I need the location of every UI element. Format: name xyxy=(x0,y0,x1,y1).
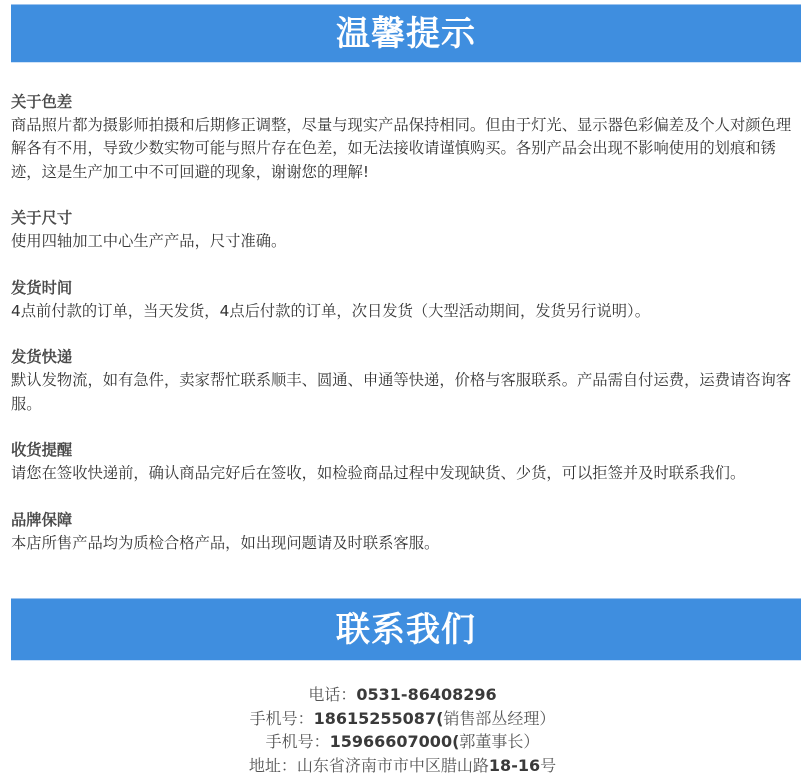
contact-address: 地址：山东省济南市市中区腊山路18-16号 xyxy=(0,754,805,778)
section-body: 请您在签收快递前，确认商品完好后在签收，如检验商品过程中发现缺货、少货，可以拒签… xyxy=(11,462,803,485)
section-body: 使用四轴加工中心生产产品，尺寸准确。 xyxy=(11,230,803,253)
contact-person: 销售部丛经理） xyxy=(443,709,555,728)
section-title: 关于尺寸 xyxy=(11,207,803,230)
contact-banner: 联系我们 xyxy=(11,598,801,661)
contact-label: 电话： xyxy=(308,685,356,704)
section-title: 收货提醒 xyxy=(11,439,803,462)
section-size: 关于尺寸 使用四轴加工中心生产产品，尺寸准确。 xyxy=(11,207,803,253)
tips-banner-title: 温馨提示 xyxy=(336,17,476,51)
address-number: 18-16 xyxy=(489,756,540,775)
mobile-number: 15966607000( xyxy=(330,732,460,751)
section-receipt-reminder: 收货提醒 请您在签收快递前，确认商品完好后在签收，如检验商品过程中发现缺货、少货… xyxy=(11,439,803,485)
section-color-difference: 关于色差 商品照片都为摄影师拍摄和后期修正调整，尽量与现实产品保持相同。但由于灯… xyxy=(11,91,803,184)
phone-number: 0531-86408296 xyxy=(356,685,496,704)
contact-banner-title: 联系我们 xyxy=(336,613,476,647)
tips-content: 关于色差 商品照片都为摄影师拍摄和后期修正调整，尽量与现实产品保持相同。但由于灯… xyxy=(11,91,803,578)
address-street: 山东省济南市市中区腊山路 xyxy=(297,756,489,775)
section-title: 发货时间 xyxy=(11,277,803,300)
section-body: 默认发物流，如有急件，卖家帮忙联系顺丰、圆通、申通等快递，价格与客服联系。产品需… xyxy=(11,369,803,415)
section-courier: 发货快递 默认发物流，如有急件，卖家帮忙联系顺丰、圆通、申通等快递，价格与客服联… xyxy=(11,346,803,416)
section-title: 品牌保障 xyxy=(11,509,803,532)
address-suffix: 号 xyxy=(540,756,556,775)
contact-mobile-sales: 手机号：18615255087(销售部丛经理） xyxy=(0,707,805,731)
contact-label: 手机号： xyxy=(266,732,330,751)
section-title: 关于色差 xyxy=(11,91,803,114)
section-body: 4点前付款的订单，当天发货，4点后付款的订单，次日发货（大型活动期间，发货另行说… xyxy=(11,300,803,323)
contact-person: 郭董事长） xyxy=(459,732,539,751)
section-shipping-time: 发货时间 4点前付款的订单，当天发货，4点后付款的订单，次日发货（大型活动期间，… xyxy=(11,277,803,323)
section-brand-guarantee: 品牌保障 本店所售产品均为质检合格产品，如出现问题请及时联系客服。 xyxy=(11,509,803,555)
contact-mobile-chairman: 手机号：15966607000(郭董事长） xyxy=(0,730,805,754)
contact-info: 电话：0531-86408296 手机号：18615255087(销售部丛经理）… xyxy=(0,683,805,777)
contact-phone: 电话：0531-86408296 xyxy=(0,683,805,707)
tips-banner: 温馨提示 xyxy=(11,4,801,63)
contact-label: 手机号： xyxy=(250,709,314,728)
section-body: 商品照片都为摄影师拍摄和后期修正调整，尽量与现实产品保持相同。但由于灯光、显示器… xyxy=(11,114,803,184)
contact-label: 地址： xyxy=(249,756,297,775)
section-body: 本店所售产品均为质检合格产品，如出现问题请及时联系客服。 xyxy=(11,532,803,555)
mobile-number: 18615255087( xyxy=(314,709,444,728)
section-title: 发货快递 xyxy=(11,346,803,369)
